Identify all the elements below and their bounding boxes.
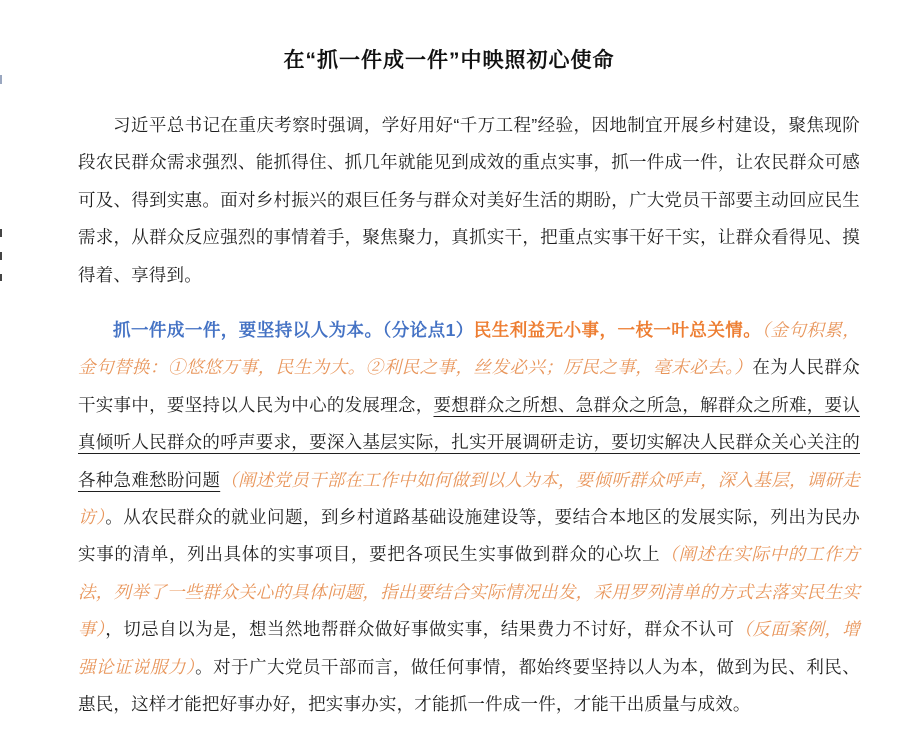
text-run-orange-bold: 民生利益无小事，一枝一叶总关情。: [474, 320, 761, 340]
page-edge-artifact: [0, 75, 2, 84]
text-run-black: ，切忌自以为是，想当然地帮群众做好事做实事，结果费力不讨好，群众不认可: [105, 619, 734, 639]
document-body: 在“抓一件成一件”中映照初心使命 习近平总书记在重庆考察时强调，学好用好“千万工…: [0, 0, 898, 724]
page-edge-artifact: [0, 252, 2, 260]
text-run-blue-bold: 抓一件成一件，要坚持以人为本。（分论点1）: [113, 320, 474, 340]
text-run-black: 。对于广大党员干部而言，做任何事情，都始终要坚持以人为本，做到为民、利民、惠民，…: [78, 657, 860, 714]
document-page: 在“抓一件成一件”中映照初心使命 习近平总书记在重庆考察时强调，学好用好“千万工…: [0, 0, 898, 732]
page-edge-artifact: [0, 274, 2, 281]
paragraph-argument: 抓一件成一件，要坚持以人为本。（分论点1）民生利益无小事，一枝一叶总关情。（金句…: [78, 312, 860, 723]
document-title: 在“抓一件成一件”中映照初心使命: [0, 46, 898, 76]
page-edge-artifact: [0, 229, 2, 237]
paragraph-intro: 习近平总书记在重庆考察时强调，学好用好“千万工程”经验，因地制宜开展乡村建设，聚…: [78, 107, 860, 294]
